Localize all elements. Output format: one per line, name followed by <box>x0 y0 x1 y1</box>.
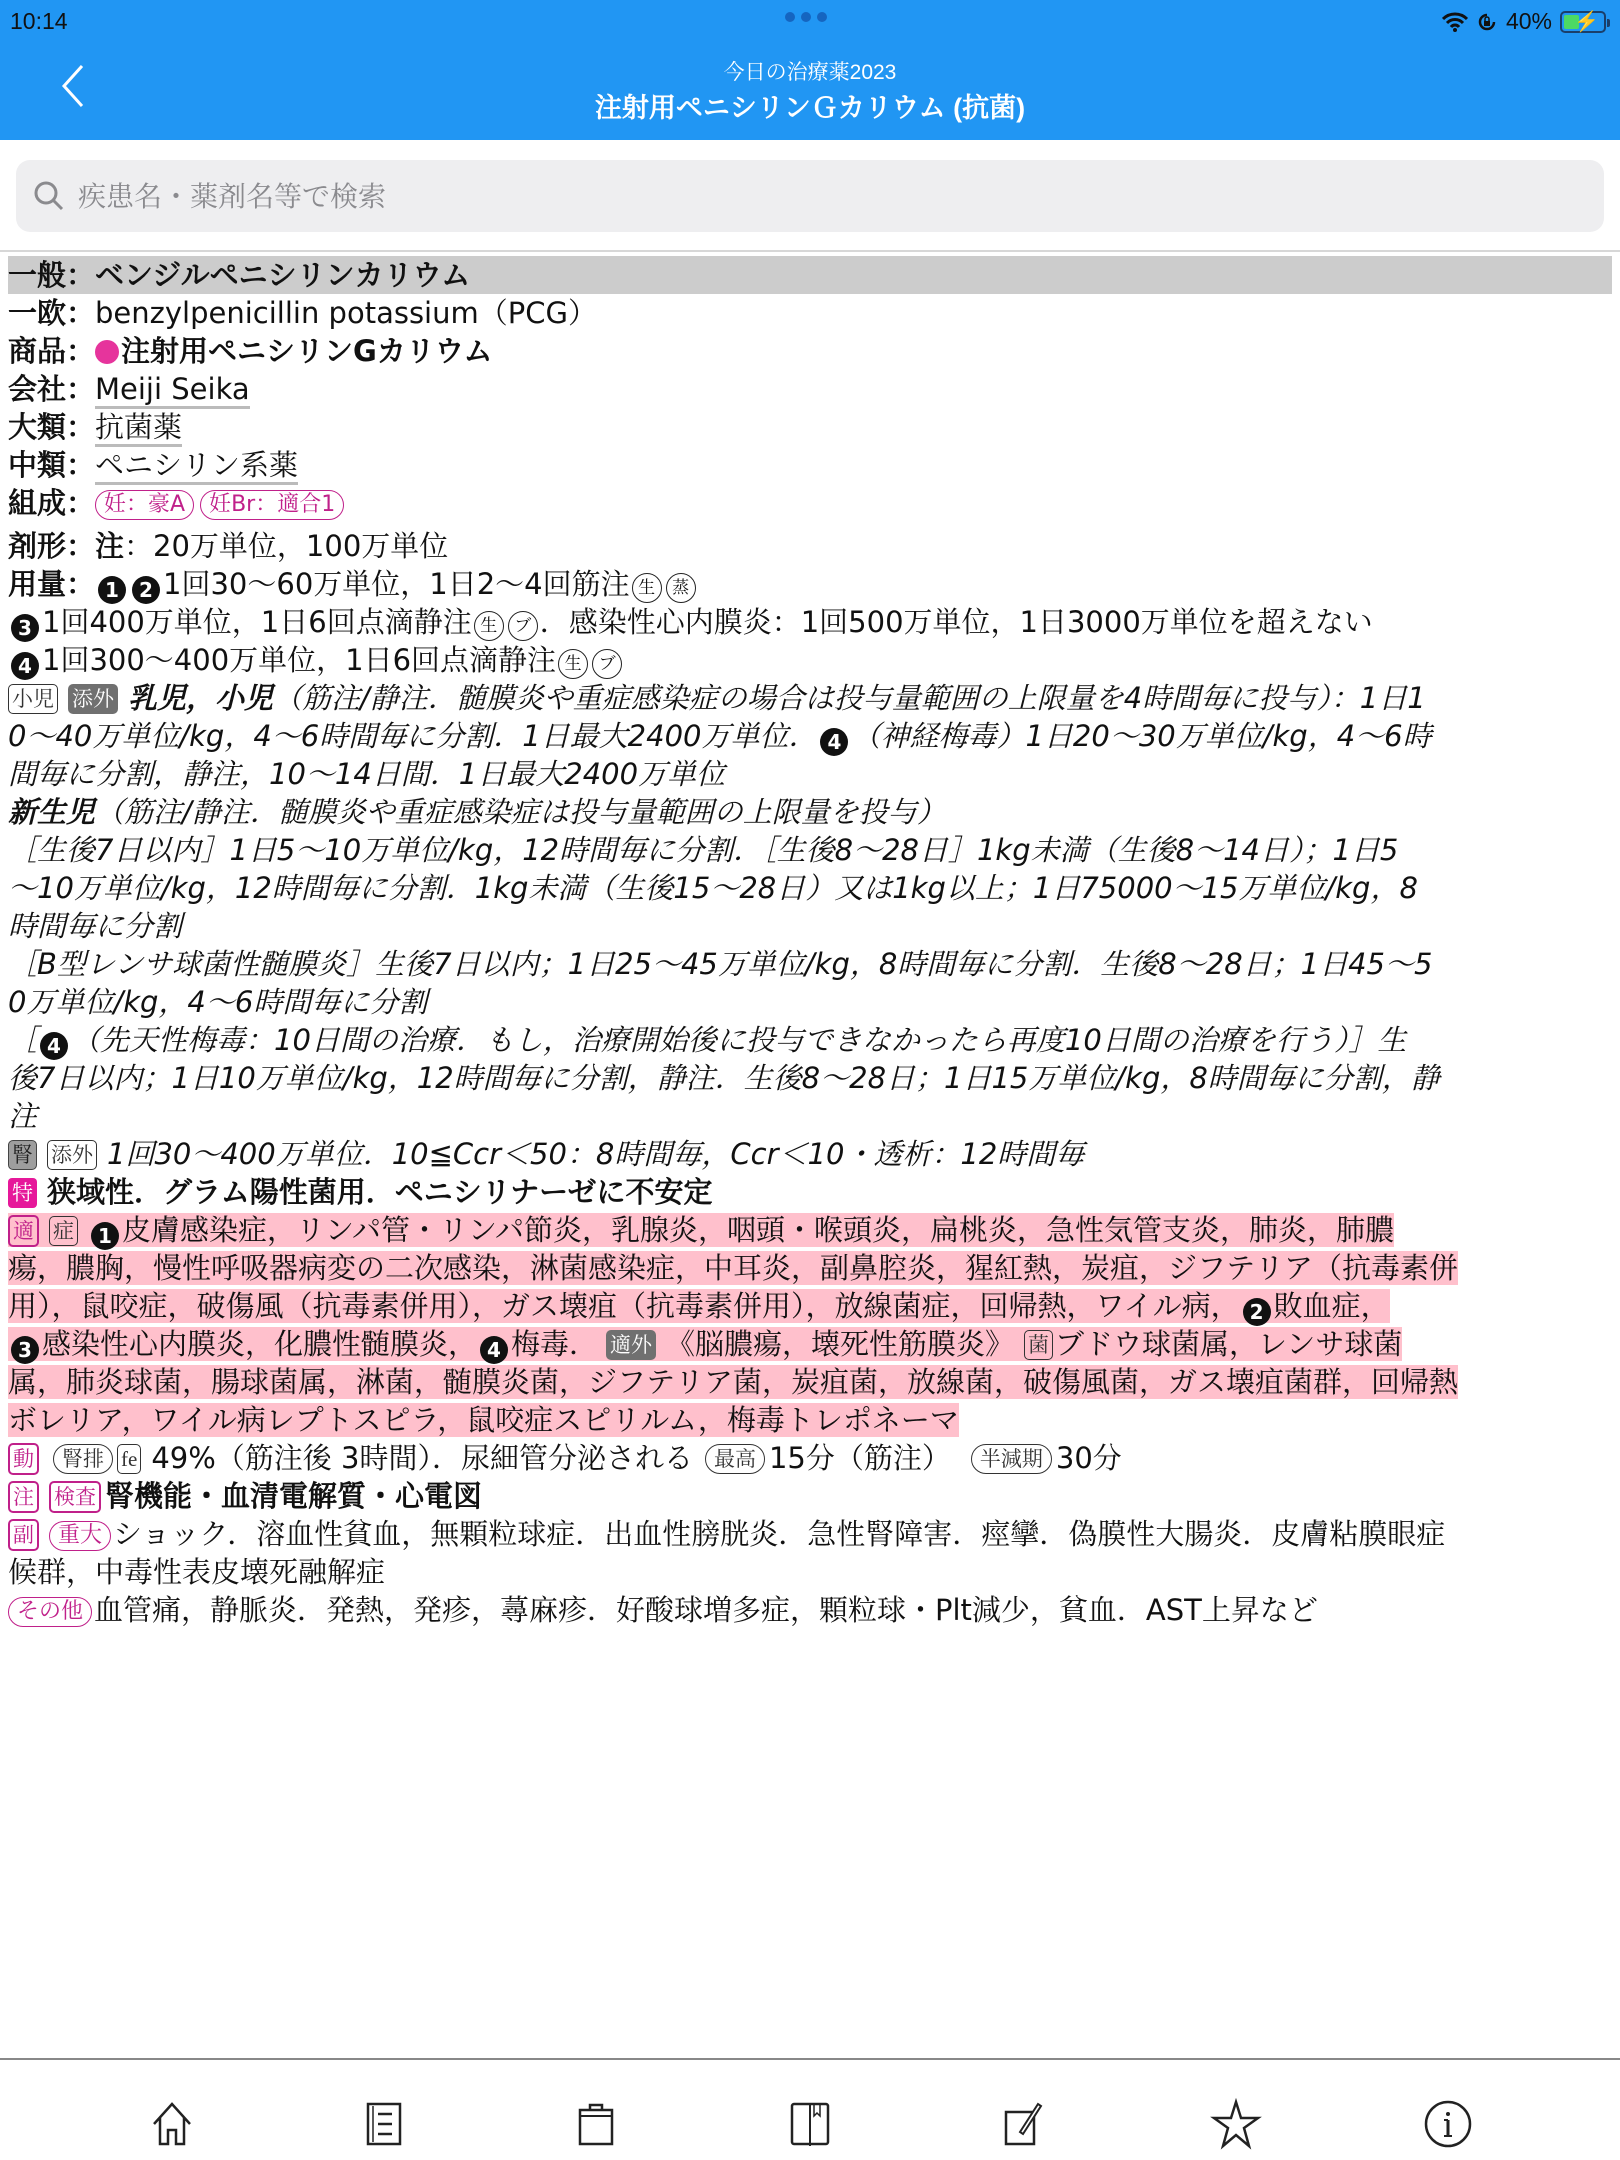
glucose-circle-icon: ブ <box>592 649 622 679</box>
neonate-row-6: 0万単位/kg，4〜6時間毎に分割 <box>8 983 1612 1021</box>
tab-info[interactable] <box>1418 2094 1478 2154</box>
indication-text: 用），鼠咬症，破傷風（抗毒素併用），ガス壊疽（抗毒素併用），放線菌症，回帰熱，ワ… <box>8 1289 1240 1323</box>
peak-time-value: 15分（筋注） <box>769 1441 951 1475</box>
exam-badge: 検査 <box>49 1481 101 1513</box>
neonate-text: ［生後7日以内］1日5〜10万単位/kg，12時間毎に分割．［生後8〜28日］1… <box>8 833 1398 867</box>
drug-detail: 一般：ベンジルペニシリンカリウム 一欧：benzylpenicillin pot… <box>8 256 1612 1629</box>
serious-adverse-text: 候群，中毒性表皮壊死融解症 <box>8 1555 385 1589</box>
renal-dosage-text: 1回30〜400万単位．10≦Ccr＜50：8時間毎，Ccr＜10・透析：12時… <box>107 1137 1084 1171</box>
neonate-row-2: ［生後7日以内］1日5〜10万単位/kg，12時間毎に分割．［生後8〜28日］1… <box>8 831 1612 869</box>
english-name-value: benzylpenicillin potassium（PCG） <box>95 296 597 330</box>
indication-row-1: 適症1皮膚感染症，リンパ管・リンパ節炎，乳腺炎，咽頭・喉頭炎，扁桃炎，急性気管支… <box>8 1211 1612 1249</box>
status-right: 40% ⚡ <box>1442 8 1606 35</box>
home-icon <box>146 2098 198 2150</box>
tab-home[interactable] <box>142 2094 202 2154</box>
star-icon <box>1210 2098 1262 2150</box>
feature-text: 狭域性．グラム陽性菌用．ペニシリナーゼに不安定 <box>47 1175 713 1209</box>
rotation-lock-icon <box>1476 11 1498 33</box>
composition-label: 組成： <box>8 486 95 520</box>
pediatric-row-3: 間毎に分割，静注，10〜14日間．1日最大2400万単位 <box>8 755 1612 793</box>
dosage-row-2: 31回400万単位，1日6回点滴静注生ブ．感染性心内膜炎：1回500万単位，1日… <box>8 603 1612 641</box>
bacteria-text: ブドウ球菌属，レンサ球菌 <box>1055 1327 1402 1361</box>
renal-row: 腎添外1回30〜400万単位．10≦Ccr＜50：8時間毎，Ccr＜10・透析：… <box>8 1135 1612 1173</box>
neonate-row-1: 新生児（筋注/静注．髄膜炎や重症感染症は投与量範囲の上限量を投与） <box>8 793 1612 831</box>
english-name-label: 一欧： <box>8 296 95 330</box>
dosage-row-1: 用量：121回30〜60万単位，1日2〜4回筋注生蒸 <box>8 565 1612 603</box>
middle-class-label: 中類： <box>8 448 95 482</box>
other-adverse-text: 血管痛，静脈炎．発熱，発疹，蕁麻疹．好酸球増多症，顆粒球・Plt減少，貧血．AS… <box>94 1593 1318 1627</box>
disease-badge: 症 <box>49 1216 78 1246</box>
company-link[interactable]: Meiji Seika <box>95 372 250 409</box>
bacteria-text: 属，肺炎球菌，腸球菌属，淋菌，髄膜炎菌，ジフテリア菌，炭疽菌，放線菌，破傷風菌，… <box>8 1365 1458 1399</box>
dosage-text: 1回400万単位，1日6回点滴静注 <box>42 605 472 639</box>
indication-row-6: ボレリア，ワイル病レプトスピラ，鼠咬症スピリルム，梅毒トレポネーマ <box>8 1401 1612 1439</box>
major-class-row: 大類：抗菌薬 <box>8 408 1612 446</box>
neonate-text: ［B型レンサ球菌性髄膜炎］生後7日以内；1日25〜45万単位/kg，8時間毎に分… <box>8 947 1432 981</box>
battery-charging-icon: ⚡ <box>1560 11 1606 33</box>
adverse-row-3: その他血管痛，静脈炎．発熱，発疹，蕁麻疹．好酸球増多症，顆粒球・Plt減少，貧血… <box>8 1591 1612 1629</box>
off-label-badge: 添外 <box>68 684 118 714</box>
dosage-row-3: 41回300〜400万単位，1日6回点滴静注生ブ <box>8 641 1612 679</box>
tab-list[interactable] <box>354 2094 414 2154</box>
list-icon <box>358 2098 410 2150</box>
search-area <box>0 140 1620 252</box>
number-2-icon: 2 <box>1243 1298 1271 1326</box>
multitasking-dots-icon[interactable] <box>785 12 827 22</box>
general-name-row: 一般：ベンジルペニシリンカリウム <box>8 256 1612 294</box>
pediatric-row-2: 0〜40万単位/kg，4〜6時間毎に分割．1日最大2400万単位．4（神経梅毒）… <box>8 717 1612 755</box>
navigation-header: 10:14 40% ⚡ 今日の治療薬2023 注射用ペニシリンＧカリウム (抗菌… <box>0 0 1620 140</box>
pediatric-heading: 乳児，小児 <box>128 681 273 715</box>
tab-book[interactable] <box>780 2094 840 2154</box>
off-label-badge: 適外 <box>606 1330 656 1360</box>
adverse-row-1: 副重大ショック．溶血性貧血，無顆粒球症．出血性膀胱炎．急性腎障害．痙攣．偽膜性大… <box>8 1515 1612 1553</box>
dosage-text: 1回30〜60万単位，1日2〜4回筋注 <box>163 567 630 601</box>
pediatric-text: 間毎に分割，静注，10〜14日間．1日最大2400万単位 <box>8 757 725 791</box>
indication-highlight: 用），鼠咬症，破傷風（抗毒素併用），ガス壊疽（抗毒素併用），放線菌症，回帰熱，ワ… <box>8 1289 1390 1323</box>
kinetics-badge: 動 <box>8 1443 39 1475</box>
indication-text: 感染性心内膜炎，化膿性髄膜炎， <box>42 1327 477 1361</box>
indication-highlight: 適症1皮膚感染症，リンパ管・リンパ節炎，乳腺炎，咽頭・喉頭炎，扁桃炎，急性気管支… <box>8 1213 1394 1247</box>
neonate-text: 後7日以内；1日10万単位/kg，12時間毎に分割，静注．生後8〜28日；1日1… <box>8 1061 1440 1095</box>
composition-row: 組成：妊：豪A妊Br：適合1 <box>8 484 1612 527</box>
wifi-icon <box>1442 12 1468 32</box>
neonate-row-4: 時間毎に分割 <box>8 907 1612 945</box>
briefcase-icon <box>570 2098 622 2150</box>
search-icon <box>32 179 66 213</box>
other-adverse-badge: その他 <box>8 1597 92 1627</box>
neonate-row-9: 注 <box>8 1097 1612 1135</box>
indication-highlight: 3感染性心内膜炎，化膿性髄膜炎，4梅毒．適外《脳膿瘍，壊死性筋膜炎》菌ブドウ球菌… <box>8 1327 1402 1361</box>
indication-text: 皮膚感染症，リンパ管・リンパ節炎，乳腺炎，咽頭・喉頭炎，扁桃炎，急性気管支炎，肺… <box>122 1213 1394 1247</box>
off-label-badge: 添外 <box>47 1140 97 1170</box>
number-1-icon: 1 <box>91 1222 119 1250</box>
indication-text: 梅毒． <box>511 1327 598 1361</box>
form-kind: 注 <box>95 529 124 563</box>
saline-circle-icon: 生 <box>558 649 588 679</box>
form-label: 剤形： <box>8 529 95 563</box>
dosage-text: ．感染性心内膜炎：1回500万単位，1日3000万単位を超えない <box>540 605 1373 639</box>
general-name-value: ベンジルペニシリンカリウム <box>95 258 470 292</box>
indication-badge: 適 <box>8 1215 39 1247</box>
dosage-label: 用量： <box>8 567 95 601</box>
product-value: 注射用ペニシリンGカリウム <box>121 334 493 368</box>
number-2-icon: 2 <box>132 576 160 604</box>
status-bar: 10:14 40% ⚡ <box>0 6 1620 40</box>
product-row: 商品：注射用ペニシリンGカリウム <box>8 332 1612 370</box>
tab-favorites[interactable] <box>1206 2094 1266 2154</box>
pregnancy-au-badge[interactable]: 妊：豪A <box>95 490 194 520</box>
saline-circle-icon: 生 <box>632 573 662 603</box>
neonate-row-8: 後7日以内；1日10万単位/kg，12時間毎に分割，静注．生後8〜28日；1日1… <box>8 1059 1612 1097</box>
neonate-row-3: 〜10万単位/kg，12時間毎に分割．1kg未満（生後15〜28日）又は1kg以… <box>8 869 1612 907</box>
status-time: 10:14 <box>10 8 68 35</box>
bottom-tab-bar <box>0 2058 1620 2160</box>
half-life-badge: 半減期 <box>971 1444 1052 1474</box>
adverse-badge: 副 <box>8 1519 39 1551</box>
number-3-icon: 3 <box>11 1336 39 1364</box>
off-label-indications: 《脳膿瘍，壊死性筋膜炎》 <box>666 1327 1014 1361</box>
battery-percent: 40% <box>1506 8 1552 35</box>
caution-row: 注検査腎機能・血清電解質・心電図 <box>8 1477 1612 1515</box>
neonate-text: 0万単位/kg，4〜6時間毎に分割 <box>8 985 427 1019</box>
dosage-text: 1回300〜400万単位，1日6回点滴静注 <box>42 643 556 677</box>
number-3-icon: 3 <box>11 614 39 642</box>
breastfeeding-badge[interactable]: 妊Br：適合1 <box>200 490 344 520</box>
bacteria-text: ボレリア，ワイル病レプトスピラ，鼠咬症スピリルム，梅毒トレポネーマ <box>8 1403 959 1437</box>
form-row: 剤形：注：20万単位，100万単位 <box>8 527 1612 565</box>
form-value: ：20万単位，100万単位 <box>124 529 448 563</box>
half-life-value: 30分 <box>1056 1441 1122 1475</box>
adverse-row-2: 候群，中毒性表皮壊死融解症 <box>8 1553 1612 1591</box>
caution-badge: 注 <box>8 1481 39 1513</box>
neonate-row-7: ［4（先天性梅毒：10日間の治療．もし，治療開始後に投与できなかったら再度10日… <box>8 1021 1612 1059</box>
company-label: 会社： <box>8 372 95 406</box>
feature-badge: 特 <box>8 1178 37 1208</box>
info-icon <box>1422 2098 1474 2150</box>
fe-value: 49%（筋注後 3時間）．尿細管分泌される <box>151 1441 693 1475</box>
search-bar[interactable] <box>16 160 1604 232</box>
feature-row: 特狭域性．グラム陽性菌用．ペニシリナーゼに不安定 <box>8 1173 1612 1211</box>
tab-edit[interactable] <box>994 2094 1054 2154</box>
serious-adverse-text: ショック．溶血性貧血，無顆粒球症．出血性膀胱炎．急性腎障害．痙攣．偽膜性大腸炎．… <box>113 1517 1445 1551</box>
book-icon <box>784 2098 836 2150</box>
pediatric-text: （神経梅毒）1日20〜30万単位/kg，4〜6時 <box>851 719 1431 753</box>
indication-text: 瘍，膿胸，慢性呼吸器病変の二次感染，淋菌感染症，中耳炎，副鼻腔炎，猩紅熱，炭疽，… <box>8 1251 1458 1285</box>
peak-time-badge: 最高 <box>705 1444 765 1474</box>
number-1-icon: 1 <box>98 576 126 604</box>
exam-text: 腎機能・血清電解質・心電図 <box>105 1479 482 1513</box>
company-row: 会社：Meiji Seika <box>8 370 1612 408</box>
neonate-text: ［ <box>8 1023 37 1057</box>
product-label: 商品： <box>8 334 95 368</box>
number-4-icon: 4 <box>820 728 848 756</box>
glucose-circle-icon: ブ <box>508 611 538 641</box>
page-title: 注射用ペニシリンＧカリウム (抗菌) <box>0 86 1620 125</box>
renal-badge: 腎 <box>8 1140 37 1170</box>
number-4-icon: 4 <box>40 1032 68 1060</box>
number-4-icon: 4 <box>480 1336 508 1364</box>
tab-briefcase[interactable] <box>566 2094 626 2154</box>
distilled-water-circle-icon: 蒸 <box>666 573 696 603</box>
indication-row-4: 3感染性心内膜炎，化膿性髄膜炎，4梅毒．適外《脳膿瘍，壊死性筋膜炎》菌ブドウ球菌… <box>8 1325 1612 1363</box>
neonate-text: 注 <box>8 1099 37 1133</box>
major-class-link[interactable]: 抗菌薬 <box>95 410 182 447</box>
neonate-text: 〜10万単位/kg，12時間毎に分割．1kg未満（生後15〜28日）又は1kg以… <box>8 871 1418 905</box>
kinetics-row: 動腎排fe49%（筋注後 3時間）．尿細管分泌される最高15分（筋注）半減期30… <box>8 1439 1612 1477</box>
search-input[interactable] <box>78 180 1478 213</box>
general-name-label: 一般： <box>8 258 95 292</box>
product-marker-icon <box>95 340 119 364</box>
indication-row-5: 属，肺炎球菌，腸球菌属，淋菌，髄膜炎菌，ジフテリア菌，炭疽菌，放線菌，破傷風菌，… <box>8 1363 1612 1401</box>
indication-row-3: 用），鼠咬症，破傷風（抗毒素併用），ガス壊疽（抗毒素併用），放線菌症，回帰熱，ワ… <box>8 1287 1612 1325</box>
serious-badge: 重大 <box>49 1521 111 1551</box>
neonate-text: （先天性梅毒：10日間の治療．もし，治療開始後に投与できなかったら再度10日間の… <box>71 1023 1406 1057</box>
neonate-text: （筋注/静注．髄膜炎や重症感染症は投与量範囲の上限量を投与） <box>95 795 946 829</box>
indication-text: 敗血症， <box>1274 1289 1390 1323</box>
pediatric-text: 0〜40万単位/kg，4〜6時間毎に分割．1日最大2400万単位． <box>8 719 817 753</box>
edit-icon <box>998 2098 1050 2150</box>
pediatric-badge: 小児 <box>8 684 58 714</box>
english-name-row: 一欧：benzylpenicillin potassium（PCG） <box>8 294 1612 332</box>
indication-row-2: 瘍，膿胸，慢性呼吸器病変の二次感染，淋菌感染症，中耳炎，副鼻腔炎，猩紅熱，炭疽，… <box>8 1249 1612 1287</box>
number-4-icon: 4 <box>11 652 39 680</box>
pediatric-text: （筋注/静注．髄膜炎や重症感染症の場合は投与量範囲の上限量を4時間毎に投与）：1… <box>273 681 1426 715</box>
middle-class-row: 中類：ペニシリン系薬 <box>8 446 1612 484</box>
middle-class-link[interactable]: ペニシリン系薬 <box>95 448 298 485</box>
pediatric-row-1: 小児添外乳児，小児（筋注/静注．髄膜炎や重症感染症の場合は投与量範囲の上限量を4… <box>8 679 1612 717</box>
neonate-heading: 新生児 <box>8 795 95 829</box>
neonate-text: 時間毎に分割 <box>8 909 182 943</box>
saline-circle-icon: 生 <box>474 611 504 641</box>
bacteria-badge: 菌 <box>1024 1330 1053 1360</box>
neonate-row-5: ［B型レンサ球菌性髄膜炎］生後7日以内；1日25〜45万単位/kg，8時間毎に分… <box>8 945 1612 983</box>
major-class-label: 大類： <box>8 410 95 444</box>
header-subtitle: 今日の治療薬2023 <box>0 56 1620 86</box>
fe-badge: fe <box>117 1444 141 1474</box>
renal-excretion-badge: 腎排 <box>53 1444 113 1474</box>
